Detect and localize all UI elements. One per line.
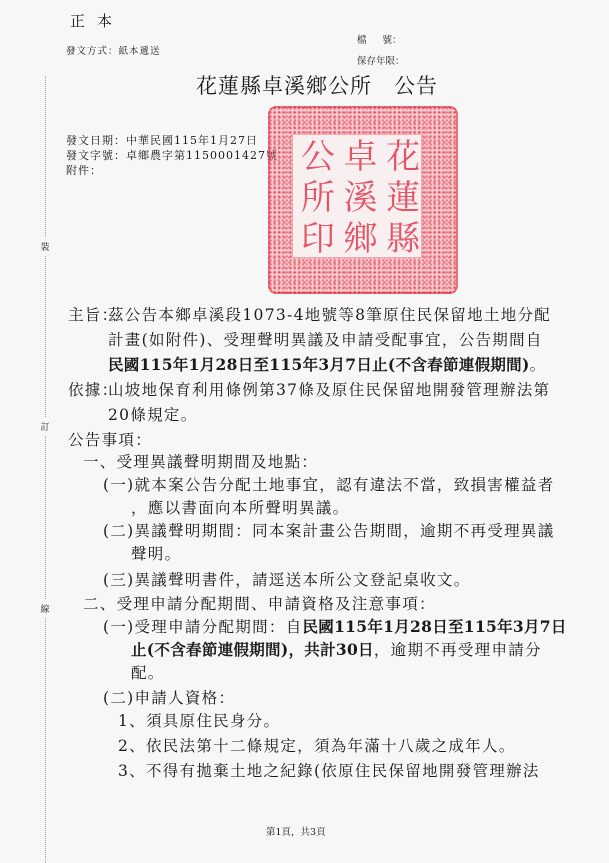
attachment-label: 附件：: [66, 162, 102, 178]
section1-item1-line2: ，應以書面向本所聲明異議。: [131, 496, 349, 518]
binding-mark-ding: 訂: [37, 418, 53, 435]
section2-item2: (二)申請人資格：: [103, 686, 235, 708]
archive-number-label: 檔號：: [357, 32, 402, 46]
subject-text-line2: 計畫(如附件)、受理聲明異議及申請受配事宜，公告期間自: [108, 328, 543, 350]
section1-title: 一、受理異議聲明期間及地點：: [83, 450, 318, 472]
section1-item1-line1: (一)就本案公告分配土地事宜，認有違法不當，致損害權益者: [103, 473, 555, 495]
qualification-3: 3、不得有拋棄土地之紀錄(依原住民保留地開發管理辦法: [118, 759, 540, 781]
document-title: 花蓮縣卓溪鄉公所公告: [196, 70, 438, 100]
seal-char: 卓: [340, 135, 374, 176]
section1-item2-line1: (二)異議聲明期間：同本案計畫公告期間，逾期不再受理異議: [103, 519, 555, 541]
seal-char: 鄉: [340, 216, 374, 257]
qualification-1: 1、須具原住民身分。: [118, 709, 280, 731]
document-type: 公告: [394, 74, 438, 98]
section1-item2-line2: 聲明。: [131, 542, 181, 564]
page-number: 第1頁，共3頁: [266, 824, 326, 838]
copy-mark: 正本: [70, 10, 124, 31]
section2-item1-line2: 止(不含春節連假期間)，共計30日，逾期不再受理申請分: [131, 638, 542, 660]
issuing-organization: 花蓮縣卓溪鄉公所: [196, 74, 372, 98]
section2-item1-line3: 配。: [131, 661, 165, 683]
seal-char: 所: [297, 176, 331, 217]
section1-item3: (三)異議聲明書件，請逕送本所公文登記桌收文。: [103, 568, 471, 590]
seal-characters: 花 蓮 縣 卓 溪 鄉 公 所 印: [292, 134, 422, 258]
seal-char: 公: [297, 135, 331, 176]
binding-mark-xian: 線: [37, 600, 53, 617]
seal-char: 蓮: [383, 176, 417, 217]
binding-mark-zhuang: 裝: [37, 238, 53, 255]
issue-date: 發文日期：中華民國115年1月27日: [66, 132, 258, 148]
basis-text-line1: 山坡地保育利用條例第37條及原住民保留地開發管理辦法第: [108, 378, 550, 400]
announcement-items-label: 公告事項：: [68, 428, 152, 450]
application-period: 民國115年1月28日至115年3月7日: [303, 617, 567, 636]
retention-period-label: 保存年限：: [357, 53, 405, 67]
basis-text-line2: 20條規定。: [108, 403, 198, 425]
subject-text-line3: 民國115年1月28日至115年3月7日止(不含春節連假期間)。: [108, 353, 546, 375]
subject-text-line1: 茲公告本鄉卓溪段1073-4地號等8筆原住民保留地土地分配: [108, 303, 551, 325]
seal-char: 縣: [383, 216, 417, 257]
section2-title: 二、受理申請分配期間、申請資格及注意事項：: [83, 592, 436, 614]
document-number: 發文字號：卓鄉農字第1150001427號: [66, 147, 278, 163]
send-method: 發文方式：紙本遞送: [66, 43, 161, 57]
qualification-2: 2、依民法第十二條規定，須為年滿十八歲之成年人。: [118, 734, 516, 756]
section2-item1-line1: (一)受理申請分配期間：自民國115年1月28日至115年3月7日: [103, 615, 567, 637]
binding-margin-line: [45, 76, 46, 863]
official-seal: 花 蓮 縣 卓 溪 鄉 公 所 印: [268, 106, 458, 294]
announcement-period: 民國115年1月28日至115年3月7日止(不含春節連假期間): [108, 355, 530, 374]
seal-char: 花: [383, 135, 417, 176]
seal-char: 印: [297, 216, 331, 257]
seal-char: 溪: [340, 176, 374, 217]
document-page: 正本 發文方式：紙本遞送 檔號： 保存年限： 裝 訂 線 花蓮縣卓溪鄉公所公告 …: [0, 0, 609, 863]
